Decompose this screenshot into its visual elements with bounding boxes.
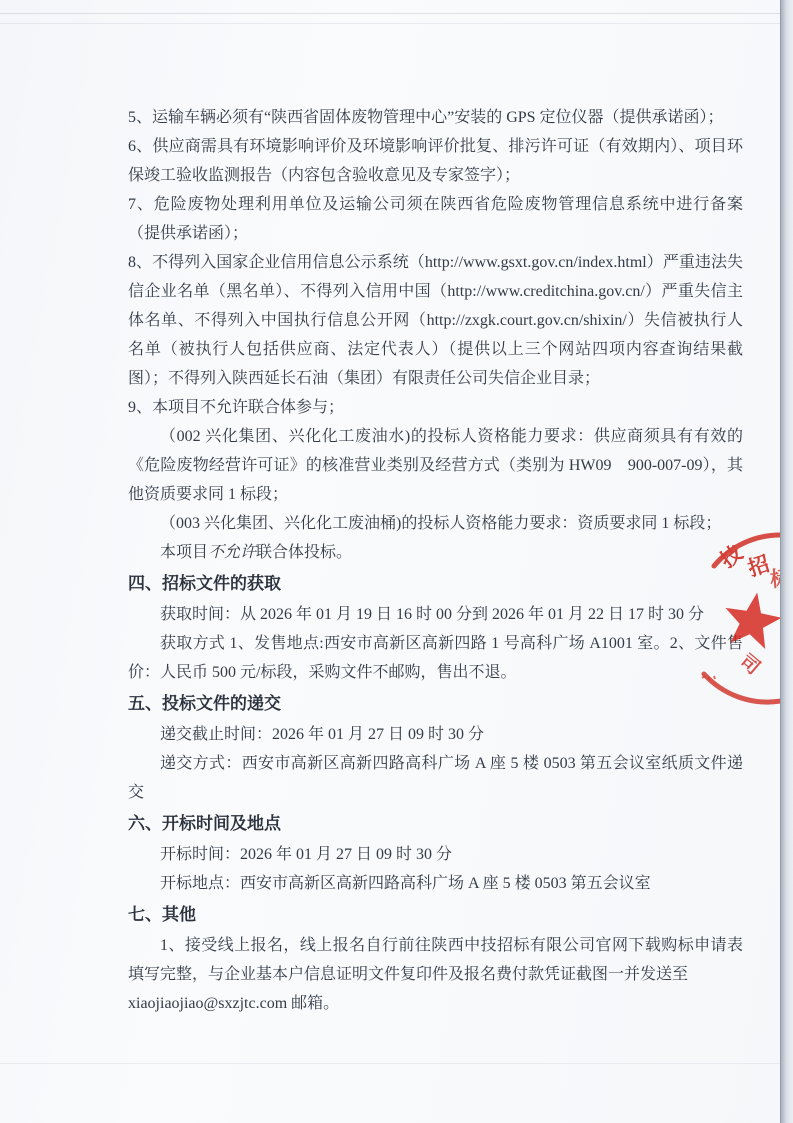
page-right-edge-shadow — [780, 0, 793, 1123]
clause-8: 8、不得列入国家企业信用信息公示系统（http://www.gsxt.gov.c… — [128, 248, 743, 393]
submission-method: 递交方式：西安市高新区高新四路高科广场 A 座 5 楼 0503 第五会议室纸质… — [128, 749, 743, 807]
seal-char-2: 招 — [745, 552, 772, 581]
scan-artifact-line — [0, 13, 793, 14]
section-7-title: 七、其他 — [128, 900, 743, 930]
clause-6: 6、供应商需具有环境影响评价及环境影响评价批复、排污许可证（有效期内）、项目环保… — [128, 132, 743, 190]
lot-002-requirements: （002 兴化集团、兴化化工废油水)的投标人资格能力要求：供应商须具有有效的《危… — [128, 422, 743, 509]
no-consortium-suffix: 联合体投标。 — [256, 544, 352, 561]
no-consortium-emphasis: 不允许 — [208, 544, 256, 561]
scanned-document-page: 5、运输车辆必须有“陕西省固体废物管理中心”安装的 GPS 定位仪器（提供承诺函… — [0, 0, 793, 1123]
registration-email: xiaojiaojiao@sxzjtc.com 邮箱。 — [128, 989, 743, 1018]
seal-bottom-character: 司 — [736, 650, 765, 679]
submission-deadline: 递交截止时间：2026 年 01 月 27 日 09 时 30 分 — [128, 720, 743, 749]
acquisition-method: 获取方式 1、发售地点:西安市高新区高新四路 1 号高科广场 A1001 室。2… — [128, 629, 743, 687]
online-registration-note: 1、接受线上报名，线上报名自行前往陕西中技招标有限公司官网下载购标申请表填写完整… — [128, 931, 743, 989]
clause-5: 5、运输车辆必须有“陕西省固体废物管理中心”安装的 GPS 定位仪器（提供承诺函… — [128, 103, 743, 132]
scan-artifact-line — [0, 1063, 793, 1064]
scan-artifact-line — [0, 23, 793, 24]
no-consortium-note: 本项目不允许联合体投标。 — [128, 538, 743, 567]
lot-003-requirements: （003 兴化集团、兴化化工废油桶)的投标人资格能力要求：资质要求同 1 标段； — [128, 509, 743, 538]
section-5-title: 五、投标文件的递交 — [128, 689, 743, 719]
clause-9: 9、本项目不允许联合体参与； — [128, 393, 743, 422]
clause-7: 7、危险废物处理利用单位及运输公司须在陕西省危险废物管理信息系统中进行备案（提供… — [128, 190, 743, 248]
document-body: 5、运输车辆必须有“陕西省固体废物管理中心”安装的 GPS 定位仪器（提供承诺函… — [128, 103, 743, 1018]
seal-top-characters: 技 招 标 — [716, 541, 781, 592]
opening-time: 开标时间：2026 年 01 月 27 日 09 时 30 分 — [128, 840, 743, 869]
section-4-title: 四、招标文件的获取 — [128, 569, 743, 599]
red-company-seal: 技 招 标 司 — [664, 520, 781, 735]
star-icon — [726, 593, 782, 650]
section-6-title: 六、开标时间及地点 — [128, 809, 743, 839]
acquisition-time: 获取时间：从 2026 年 01 月 19 日 16 时 00 分到 2026 … — [128, 600, 743, 629]
no-consortium-prefix: 本项目 — [160, 544, 208, 561]
opening-place: 开标地点：西安市高新区高新四路高科广场 A 座 5 楼 0503 第五会议室 — [128, 869, 743, 898]
